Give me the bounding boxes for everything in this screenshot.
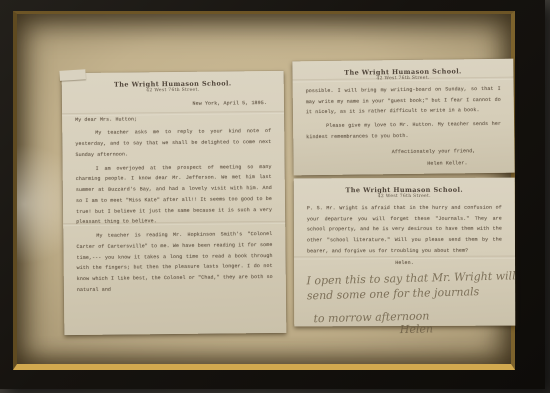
letter-page-2: The Wright Humason School. 42 West 76th … — [292, 59, 514, 176]
letterhead-address: 42 West 76th Street. — [307, 194, 502, 200]
letter-paragraph: My teacher asks me to reply to your kind… — [75, 126, 271, 160]
handwritten-line: send some one for the journals — [307, 285, 502, 305]
letter-page-3: The Wright Humason School. 42 West 76th … — [294, 178, 516, 327]
frame-gold-bevel: The Wright Humason School. 42 West 76th … — [13, 11, 515, 370]
letter-paragraph: Please give my love to Mr. Hutton. My te… — [306, 119, 501, 143]
handwritten-note: I open this to say that Mr. Wright will … — [306, 270, 502, 338]
letterhead-address: 42 West 76th Street. — [306, 75, 501, 83]
letterhead-address: 42 West 76th Street. — [75, 87, 271, 94]
letter-paragraph: possible. I will bring my writing-board … — [306, 84, 501, 119]
letter-paragraph: My teacher is reading Mr. Hopkinson Smit… — [76, 229, 273, 296]
letter-paragraph: I am overjoyed at the prospect of meetin… — [76, 162, 273, 229]
handwritten-signature: Helen — [400, 321, 503, 337]
mat-board: The Wright Humason School. 42 West 76th … — [17, 14, 511, 364]
letterhead: The Wright Humason School. 42 West 76th … — [75, 79, 271, 95]
typed-signature: Helen. — [307, 257, 502, 268]
framed-letter-photograph: The Wright Humason School. 42 West 76th … — [0, 0, 550, 393]
dateline: New York, April 5, 1895. — [75, 98, 267, 111]
letter-closing: Affectionately your friend, — [306, 146, 475, 159]
letter-page-1: The Wright Humason School. 42 West 76th … — [62, 71, 287, 335]
letterhead: The Wright Humason School. 42 West 76th … — [305, 67, 500, 83]
typed-signature: Helen Keller. — [307, 159, 468, 172]
salutation: My dear Mrs. Hutton; — [75, 113, 271, 126]
postscript-paragraph: P. S. Mr. Wright is afraid that in the h… — [307, 202, 502, 256]
picture-frame: The Wright Humason School. 42 West 76th … — [0, 0, 545, 389]
letterhead: The Wright Humason School. 42 West 76th … — [307, 186, 502, 201]
